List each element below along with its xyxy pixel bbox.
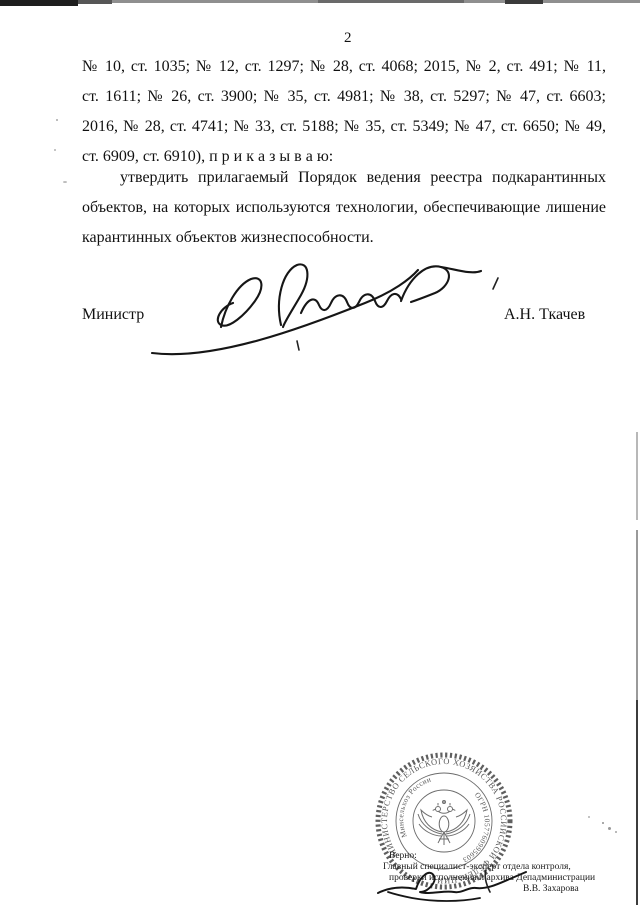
citations-line: 2016, № 28, ст. 4741; № 33, ст. 5188; № … [82,112,606,142]
scan-top-edge-segment [318,0,464,3]
order-line: утвердить прилагаемый Порядок ведения ре… [82,163,606,193]
double-headed-eagle-icon [418,801,470,846]
order-line: объектов, на которых используются технол… [82,193,606,223]
minister-handwritten-signature [125,255,515,367]
order-line: карантинных объектов жизнеспособности. [82,223,606,253]
scan-speck [54,149,56,151]
citations-line: № 10, ст. 1035; № 12, ст. 1297; № 28, ст… [82,52,606,82]
citations-line: ст. 1611; № 26, ст. 3900; № 35, ст. 4981… [82,82,606,112]
scan-right-edge-line [636,700,638,905]
citations-paragraph: № 10, ст. 1035; № 12, ст. 1297; № 28, ст… [82,52,606,172]
scan-speck [63,181,67,183]
order-paragraph: утвердить прилагаемый Порядок ведения ре… [82,163,606,253]
scan-top-edge-segment [505,0,543,4]
certification-verno: Верно: [389,851,417,861]
page-number: 2 [344,30,352,47]
certifier-handwritten-signature [372,862,542,904]
scan-right-edge-line [636,432,638,520]
scan-right-edge-line [636,530,638,700]
scan-speck [608,827,611,830]
scan-top-edge-segment [78,0,112,4]
scan-top-edge-dark-segment [0,0,78,6]
scan-speck [588,816,590,818]
scan-speck [56,119,58,121]
scan-speck [602,822,604,824]
minister-name: А.Н. Ткачев [504,306,585,324]
scan-speck [615,831,617,833]
